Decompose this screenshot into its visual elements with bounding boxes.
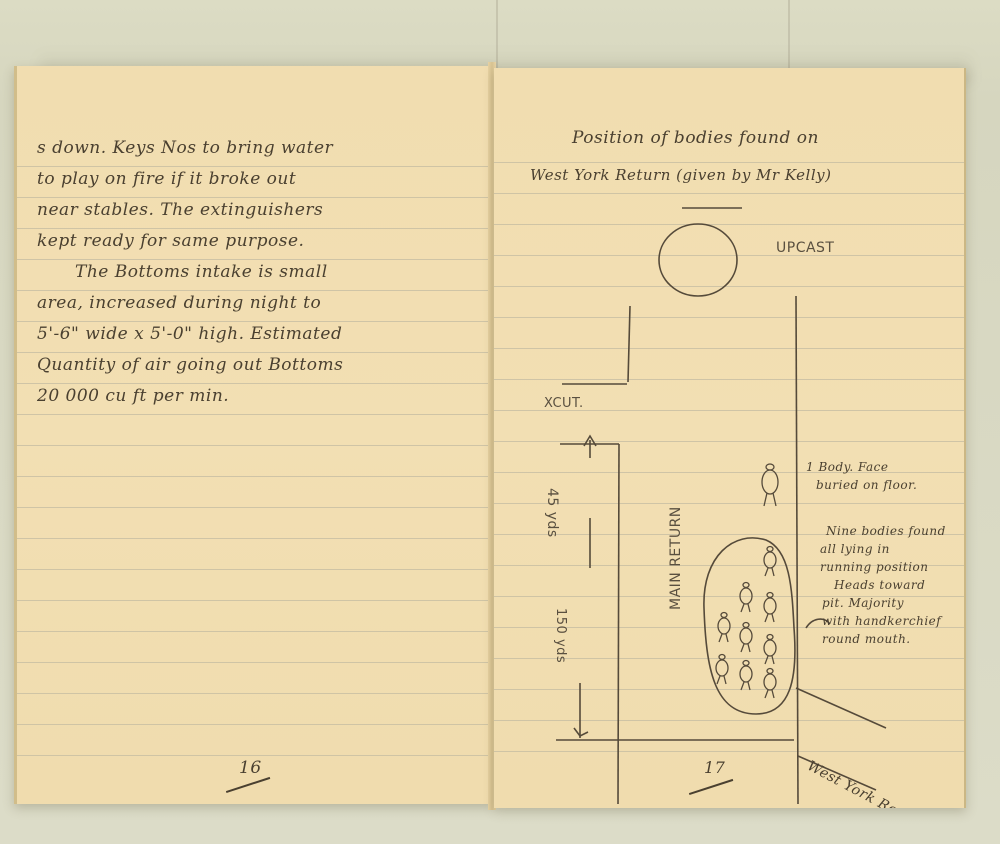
upcast-label: UPCAST: [776, 240, 834, 256]
text-line: Quantity of air going out Bottoms: [37, 355, 343, 375]
page-number: 16: [239, 758, 262, 778]
dimension-45-yds: 45 yds: [544, 488, 560, 538]
body-figures: [716, 464, 778, 698]
text-line: s down. Keys Nos to bring water: [37, 138, 333, 158]
text-line: 20 000 cu ft per min.: [37, 386, 229, 406]
left-page: s down. Keys Nos to bring water to play …: [14, 66, 493, 804]
dimension-150-yds: 150 yds: [553, 608, 568, 663]
open-notebook: s down. Keys Nos to bring water to play …: [14, 62, 966, 810]
mine-plan-diagram: [494, 68, 964, 808]
text-line: area, increased during night to: [37, 293, 321, 313]
text-line: to play on fire if it broke out: [37, 169, 296, 189]
text-line: kept ready for same purpose.: [37, 231, 304, 251]
xcut-label: XCUT.: [544, 396, 584, 411]
text-line: The Bottoms intake is small: [75, 262, 328, 282]
text-line: near stables. The extinguishers: [37, 200, 323, 220]
text-line: 5'-6" wide x 5'-0" high. Estimated: [37, 324, 342, 344]
main-return-label: MAIN RETURN: [668, 506, 684, 610]
page-number: 17: [704, 758, 725, 777]
page-number-underline: [226, 777, 270, 793]
right-page: Position of bodies found on West York Re…: [494, 68, 966, 808]
